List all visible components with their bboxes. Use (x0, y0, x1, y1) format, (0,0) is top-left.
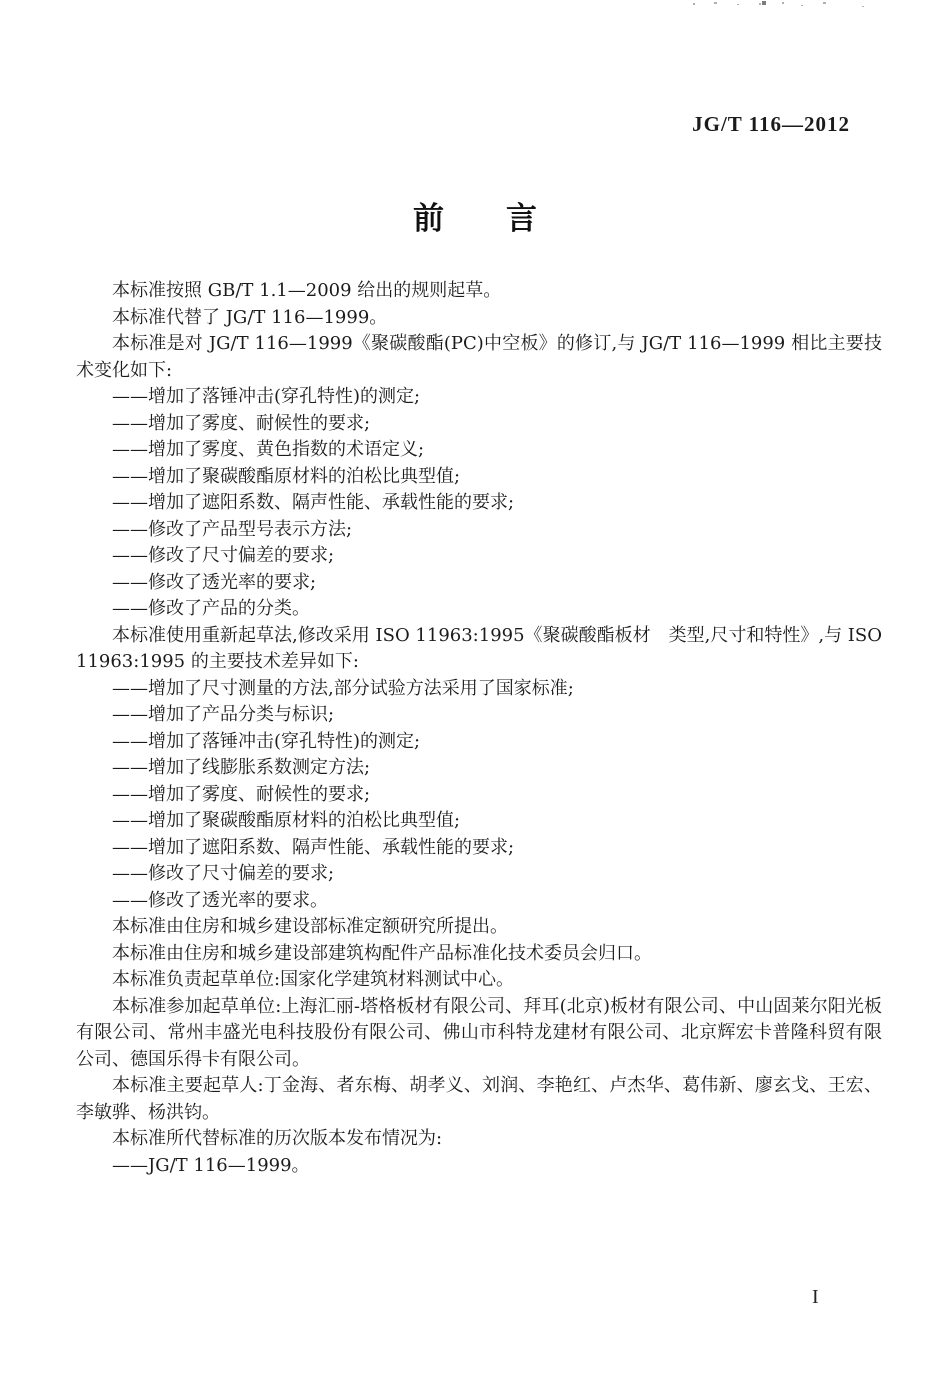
foreword-paragraph: ——修改了尺寸偏差的要求; (76, 861, 882, 888)
foreword-title: 前 言 (0, 193, 950, 238)
foreword-paragraph: ——增加了聚碳酸酯原材料的泊松比典型值; (76, 464, 882, 491)
foreword-paragraph: ——增加了遮阳系数、隔声性能、承载性能的要求; (76, 835, 882, 862)
foreword-paragraph: ——增加了线膨胀系数测定方法; (76, 755, 882, 782)
foreword-paragraph: ——增加了雾度、耐候性的要求; (76, 411, 882, 438)
foreword-body: 本标准按照 GB/T 1.1—2009 给出的规则起草。本标准代替了 JG/T … (76, 278, 882, 1179)
foreword-paragraph: 本标准参加起草单位:上海汇丽-塔格板材有限公司、拜耳(北京)板材有限公司、中山固… (76, 994, 882, 1074)
foreword-paragraph: ——修改了产品型号表示方法; (76, 517, 882, 544)
foreword-paragraph: 本标准所代替标准的历次版本发布情况为: (76, 1126, 882, 1153)
foreword-paragraph: 本标准按照 GB/T 1.1—2009 给出的规则起草。 (76, 278, 882, 305)
foreword-paragraph: 本标准使用重新起草法,修改采用 ISO 11963:1995《聚碳酸酯板材 类型… (76, 623, 882, 676)
foreword-paragraph: 本标准负责起草单位:国家化学建筑材料测试中心。 (76, 967, 882, 994)
foreword-paragraph: ——JG/T 116—1999。 (76, 1153, 882, 1180)
foreword-paragraph: 本标准是对 JG/T 116—1999《聚碳酸酯(PC)中空板》的修订,与 JG… (76, 331, 882, 384)
foreword-paragraph: ——增加了聚碳酸酯原材料的泊松比典型值; (76, 808, 882, 835)
foreword-paragraph: 本标准代替了 JG/T 116—1999。 (76, 305, 882, 332)
foreword-paragraph: ——增加了遮阳系数、隔声性能、承载性能的要求; (76, 490, 882, 517)
foreword-paragraph: ——增加了雾度、耐候性的要求; (76, 782, 882, 809)
foreword-paragraph: 本标准由住房和城乡建设部标准定额研究所提出。 (76, 914, 882, 941)
foreword-paragraph: ——修改了产品的分类。 (76, 596, 882, 623)
foreword-paragraph: 本标准由住房和城乡建设部建筑构配件产品标准化技术委员会归口。 (76, 941, 882, 968)
foreword-paragraph: 本标准主要起草人:丁金海、者东梅、胡孝义、刘润、李艳红、卢杰华、葛伟新、廖玄戈、… (76, 1073, 882, 1126)
foreword-paragraph: ——修改了透光率的要求。 (76, 888, 882, 915)
foreword-paragraph: ——增加了落锤冲击(穿孔特性)的测定; (76, 384, 882, 411)
foreword-paragraph: ——修改了尺寸偏差的要求; (76, 543, 882, 570)
standard-code: JG/T 116—2012 (0, 112, 850, 137)
foreword-paragraph: ——修改了透光率的要求; (76, 570, 882, 597)
foreword-paragraph: ——增加了落锤冲击(穿孔特性)的测定; (76, 729, 882, 756)
document-page: JG/T 116—2012 前 言 本标准按照 GB/T 1.1—2009 给出… (0, 0, 950, 1396)
page-number: I (812, 1286, 819, 1309)
foreword-paragraph: ——增加了产品分类与标识; (76, 702, 882, 729)
foreword-paragraph: ——增加了雾度、黄色指数的术语定义; (76, 437, 882, 464)
foreword-paragraph: ——增加了尺寸测量的方法,部分试验方法采用了国家标准; (76, 676, 882, 703)
